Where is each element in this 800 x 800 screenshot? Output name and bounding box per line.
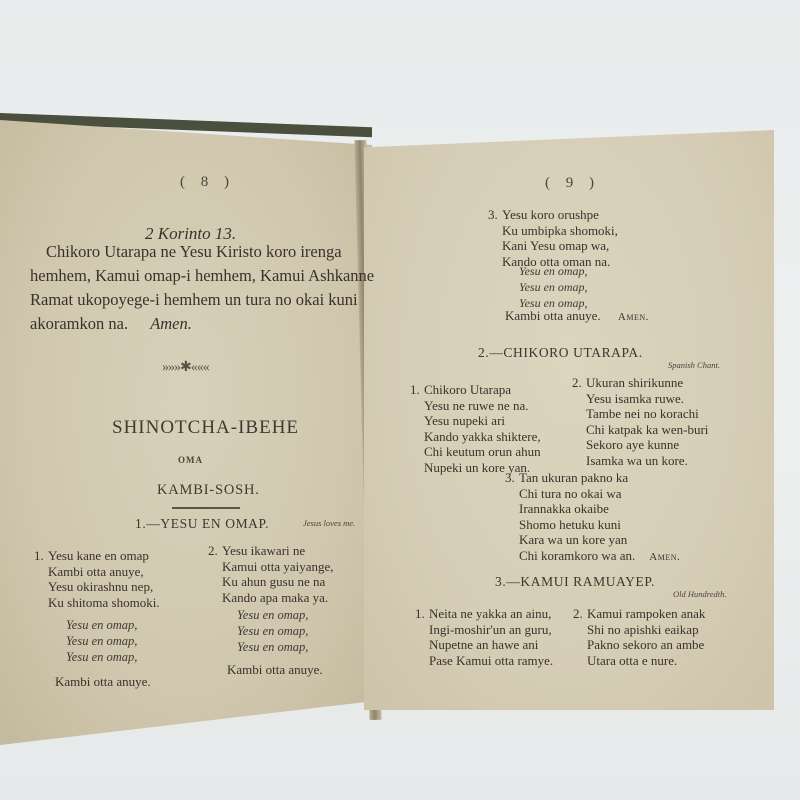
- verse-line: Isamka wa un kore.: [572, 453, 708, 469]
- verse-line: Kando apa maka ya.: [208, 590, 334, 606]
- verse-line: Utara otta e nure.: [573, 653, 705, 669]
- verse-line: Yesu koro orushpe: [502, 207, 599, 222]
- benediction-amen: Amen.: [150, 314, 192, 333]
- verse-line: Chi katpak ka wen-buri: [572, 422, 708, 438]
- chorus-line: Yesu en omap,: [237, 623, 308, 639]
- hymn-1-title: 1.—YESU EN OMAP.: [135, 517, 269, 531]
- verse-line: Nupetne an hawe ani: [415, 637, 553, 653]
- verse-line: Chi keutum orun ahun: [410, 444, 541, 460]
- verse-line: Shomo hetuku kuni: [505, 517, 680, 533]
- verse-line: Yesu kane en omap: [48, 548, 149, 563]
- verse-line: Yesu nupeki ari: [410, 413, 541, 429]
- verse-number: 3.: [505, 470, 519, 486]
- hymn-1-tune: Jesus loves me.: [303, 519, 355, 528]
- benediction-line-2: hemhem, Kamui omap-i hemhem, Kamui Ashka…: [30, 264, 374, 288]
- verse-line: Ku ahun gusu ne na: [208, 574, 334, 590]
- hymn-1-verse-2-refrain: Kambi otta anuye.: [227, 662, 323, 678]
- verse-number: 2.: [208, 543, 222, 559]
- verse-line: Ukuran shirikunne: [586, 375, 683, 390]
- section-oma: OMA: [178, 456, 203, 465]
- verse-number: 2.: [572, 375, 586, 391]
- hymn-1-verse-1: 1.Yesu kane en omap Kambi otta anuye, Ye…: [34, 548, 160, 610]
- amen-label: Amen.: [649, 551, 680, 563]
- verse-line: Kamui rampoken anak: [587, 606, 705, 621]
- hymn-3-verse-1: 1.Neita ne yakka an ainu, Ingi-moshir'un…: [415, 606, 553, 668]
- verse-line: Kani Yesu omap wa,: [488, 238, 618, 254]
- verse-line: Ku umbipka shomoki,: [488, 223, 618, 239]
- verse-number: 1.: [34, 548, 48, 564]
- page-number-left: ( 8 ): [180, 174, 235, 191]
- verse-line: Chikoro Utarapa: [424, 382, 511, 397]
- verse-line: Irannakka okaibe: [505, 501, 680, 517]
- chorus-line: Yesu en omap,: [66, 617, 137, 633]
- verse-line: Chi tura no okai wa: [505, 486, 680, 502]
- ornament-divider-icon: »»»✱«««: [162, 359, 209, 376]
- verse-line: Neita ne yakka an ainu,: [429, 606, 551, 621]
- amen-label: Amen.: [618, 311, 649, 323]
- hymn-1-verse-1-chorus: Yesu en omap, Yesu en omap, Yesu en omap…: [66, 617, 137, 665]
- chorus-line: Yesu en omap,: [519, 279, 588, 295]
- chorus-line: Yesu en omap,: [237, 607, 308, 623]
- section-rule: [172, 507, 240, 509]
- verse-line: Ku shitoma shomoki.: [34, 595, 160, 611]
- verse-number: 2.: [573, 606, 587, 622]
- benediction-last: akoramkon na.: [30, 314, 128, 333]
- hymn-3-tune: Old Hundredth.: [673, 590, 727, 599]
- hymn-1-verse-1-refrain: Kambi otta anuye.: [55, 674, 151, 690]
- hymn-3-verse-2: 2.Kamui rampoken anak Shi no apishki eai…: [573, 606, 705, 668]
- chorus-line: Yesu en omap,: [237, 639, 308, 655]
- chorus-line: Yesu en omap,: [66, 633, 137, 649]
- verse-line: Yesu okirashnu nep,: [34, 579, 160, 595]
- hymn-3-title: 3.—KAMUI RAMUAYEP.: [495, 575, 655, 589]
- hymn-2-verse-3: 3.Tan ukuran pakno ka Chi tura no okai w…: [505, 470, 680, 565]
- hymn-1-verse-3-chorus: Yesu en omap, Yesu en omap, Yesu en omap…: [519, 263, 588, 311]
- hymn-1-verse-3-refrain: Kambi otta anuye. Amen.: [505, 308, 649, 326]
- refrain-text: Kambi otta anuye.: [505, 308, 601, 323]
- verse-line: Ingi-moshir'un an guru,: [415, 622, 553, 638]
- verse-number: 1.: [410, 382, 424, 398]
- hymn-1-verse-2: 2.Yesu ikawari ne Kamui otta yaiyange, K…: [208, 543, 334, 605]
- verse-line: Sekoro aye kunne: [572, 437, 708, 453]
- verse-line: Kambi otta anuye,: [34, 564, 160, 580]
- benediction-line-4: akoramkon na. Amen.: [30, 300, 192, 324]
- verse-line: Kando yakka shiktere,: [410, 429, 541, 445]
- verse-line: Kara wa un kore yan: [505, 532, 680, 548]
- benediction-line-1: Chikoro Utarapa ne Yesu Kiristo koro ire…: [46, 240, 342, 264]
- hymn-2-verse-2: 2.Ukuran shirikunne Yesu isamka ruwe. Ta…: [572, 375, 708, 468]
- section-title: SHINOTCHA-IBEHE: [112, 418, 299, 437]
- verse-line: Shi no apishki eaikap: [573, 622, 705, 638]
- chorus-line: Yesu en omap,: [519, 263, 588, 279]
- verse-line: Chi koramkoro wa an.: [519, 548, 635, 563]
- verse-line: Kamui otta yaiyange,: [208, 559, 334, 575]
- page-number-right: ( 9 ): [545, 175, 600, 192]
- verse-line: Yesu isamka ruwe.: [572, 391, 708, 407]
- verse-line: Yesu ikawari ne: [222, 543, 305, 558]
- verse-number: 3.: [488, 207, 502, 223]
- chorus-line: Yesu en omap,: [66, 649, 137, 665]
- section-subtitle: KAMBI-SOSH.: [157, 483, 260, 498]
- verse-line: Tambe nei no korachi: [572, 406, 708, 422]
- hymn-1-verse-3: 3.Yesu koro orushpe Ku umbipka shomoki, …: [488, 207, 618, 269]
- verse-number: 1.: [415, 606, 429, 622]
- verse-line: Yesu ne ruwe ne na.: [410, 398, 541, 414]
- verse-line: Tan ukuran pakno ka: [519, 470, 628, 485]
- verse-line: Pase Kamui otta ramye.: [415, 653, 553, 669]
- verse-line: Pakno sekoro an ambe: [573, 637, 705, 653]
- hymn-2-title: 2.—CHIKORO UTARAPA.: [478, 346, 643, 360]
- hymn-1-verse-2-chorus: Yesu en omap, Yesu en omap, Yesu en omap…: [237, 607, 308, 655]
- hymn-2-verse-1: 1.Chikoro Utarapa Yesu ne ruwe ne na. Ye…: [410, 382, 541, 475]
- hymn-2-tune: Spanish Chant.: [668, 361, 720, 370]
